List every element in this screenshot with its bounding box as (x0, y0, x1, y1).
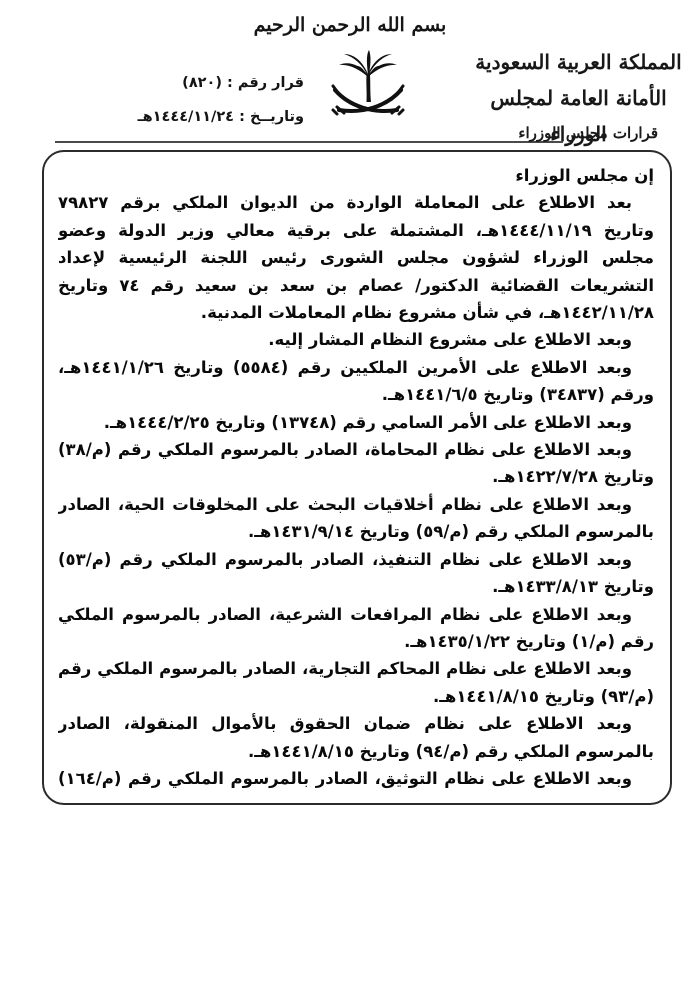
decision-meta-block: قرار رقم : (٨٢٠) وتاريــخ : ١٤٤٤/١١/٢٤هـ (58, 66, 304, 134)
saudi-emblem-icon (329, 48, 407, 128)
scanned-decree-page: بسم الله الرحمن الرحيم المملكة العربية ا… (0, 0, 700, 1000)
decree-paragraph: وبعد الاطلاع على نظام المحاكم التجارية، … (58, 655, 654, 710)
decree-paragraph: وبعد الاطلاع على نظام التنفيذ، الصادر با… (58, 546, 654, 601)
decree-paragraph: وبعد الاطلاع على نظام المرافعات الشرعية،… (58, 601, 654, 656)
header-divider-line (55, 141, 563, 143)
decree-text: إن مجلس الوزراء بعد الاطلاع على المعاملة… (58, 162, 654, 795)
decision-number: قرار رقم : (٨٢٠) (58, 66, 304, 100)
decree-paragraph: بعد الاطلاع على المعاملة الواردة من الدي… (58, 189, 654, 326)
decree-paragraph: وبعد الاطلاع على الأمر السامي رقم (١٣٧٤٨… (58, 409, 654, 436)
decree-body-box: إن مجلس الوزراء بعد الاطلاع على المعاملة… (42, 150, 672, 805)
decree-paragraph: وبعد الاطلاع على الأمرين الملكيين رقم (٥… (58, 354, 654, 409)
decree-paragraph: وبعد الاطلاع على نظام أخلاقيات البحث على… (58, 491, 654, 546)
decree-paragraph: وبعد الاطلاع على نظام التوثيق، الصادر با… (58, 765, 654, 795)
decree-paragraph: وبعد الاطلاع على نظام ضمان الحقوق بالأمو… (58, 710, 654, 765)
section-title-calligraphy: قرارات مجلس الوزراء (518, 124, 658, 142)
decree-paragraph: وبعد الاطلاع على مشروع النظام المشار إلي… (58, 326, 654, 353)
kingdom-name: المملكة العربية السعودية (471, 44, 686, 80)
opening-line: إن مجلس الوزراء (58, 162, 654, 189)
decree-paragraph: وبعد الاطلاع على نظام المحاماة، الصادر ب… (58, 436, 654, 491)
bismillah-calligraphy: بسم الله الرحمن الرحيم (0, 14, 700, 36)
decision-date: وتاريــخ : ١٤٤٤/١١/٢٤هـ (58, 100, 304, 134)
